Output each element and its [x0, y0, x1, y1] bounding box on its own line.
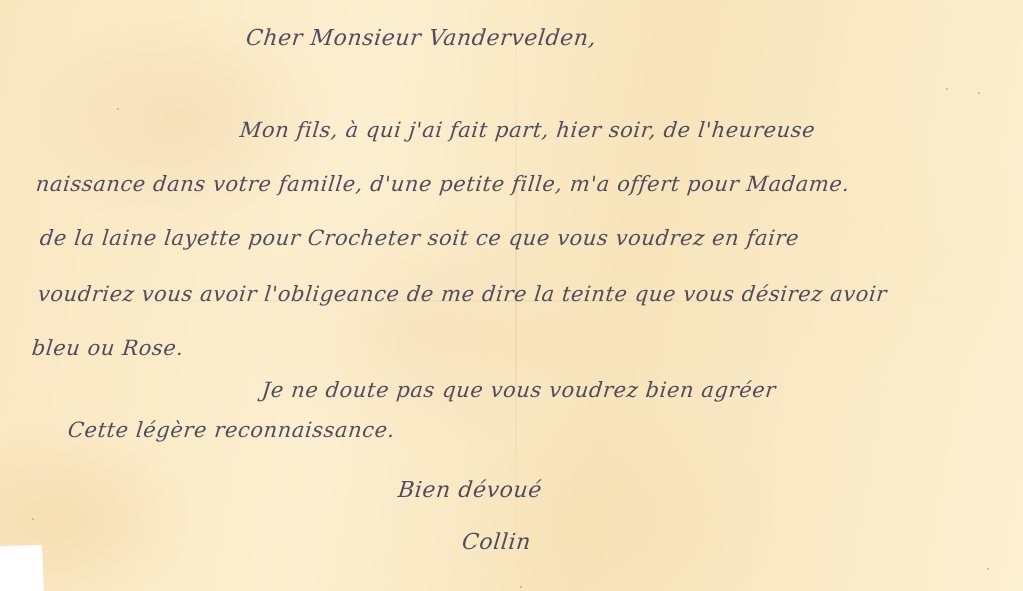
letter-page: Cher Monsieur Vandervelden, Mon fils, à … — [0, 0, 1023, 591]
paper-speck — [978, 92, 980, 94]
letter-greeting: Cher Monsieur Vandervelden, — [245, 26, 598, 51]
letter-line: Cette légère reconnaissance. — [67, 418, 397, 442]
letter-line: naissance dans votre famille, d'une peti… — [35, 172, 851, 196]
letter-line: bleu ou Rose. — [31, 336, 185, 360]
paper-speck — [32, 518, 34, 520]
letter-line: Je ne doute pas que vous voudrez bien ag… — [261, 378, 778, 402]
paper-speck — [117, 108, 119, 110]
letter-closing: Bien dévoué — [397, 478, 544, 503]
paper-speck — [946, 88, 948, 90]
letter-signature: Collin — [461, 530, 533, 555]
paper-speck — [520, 586, 522, 588]
letter-line: voudriez vous avoir l'obligeance de me d… — [37, 282, 889, 306]
letter-line: de la laine layette pour Crocheter soit … — [39, 226, 801, 250]
paper-speck — [987, 568, 989, 570]
letter-line: Mon fils, à qui j'ai fait part, hier soi… — [239, 118, 817, 142]
